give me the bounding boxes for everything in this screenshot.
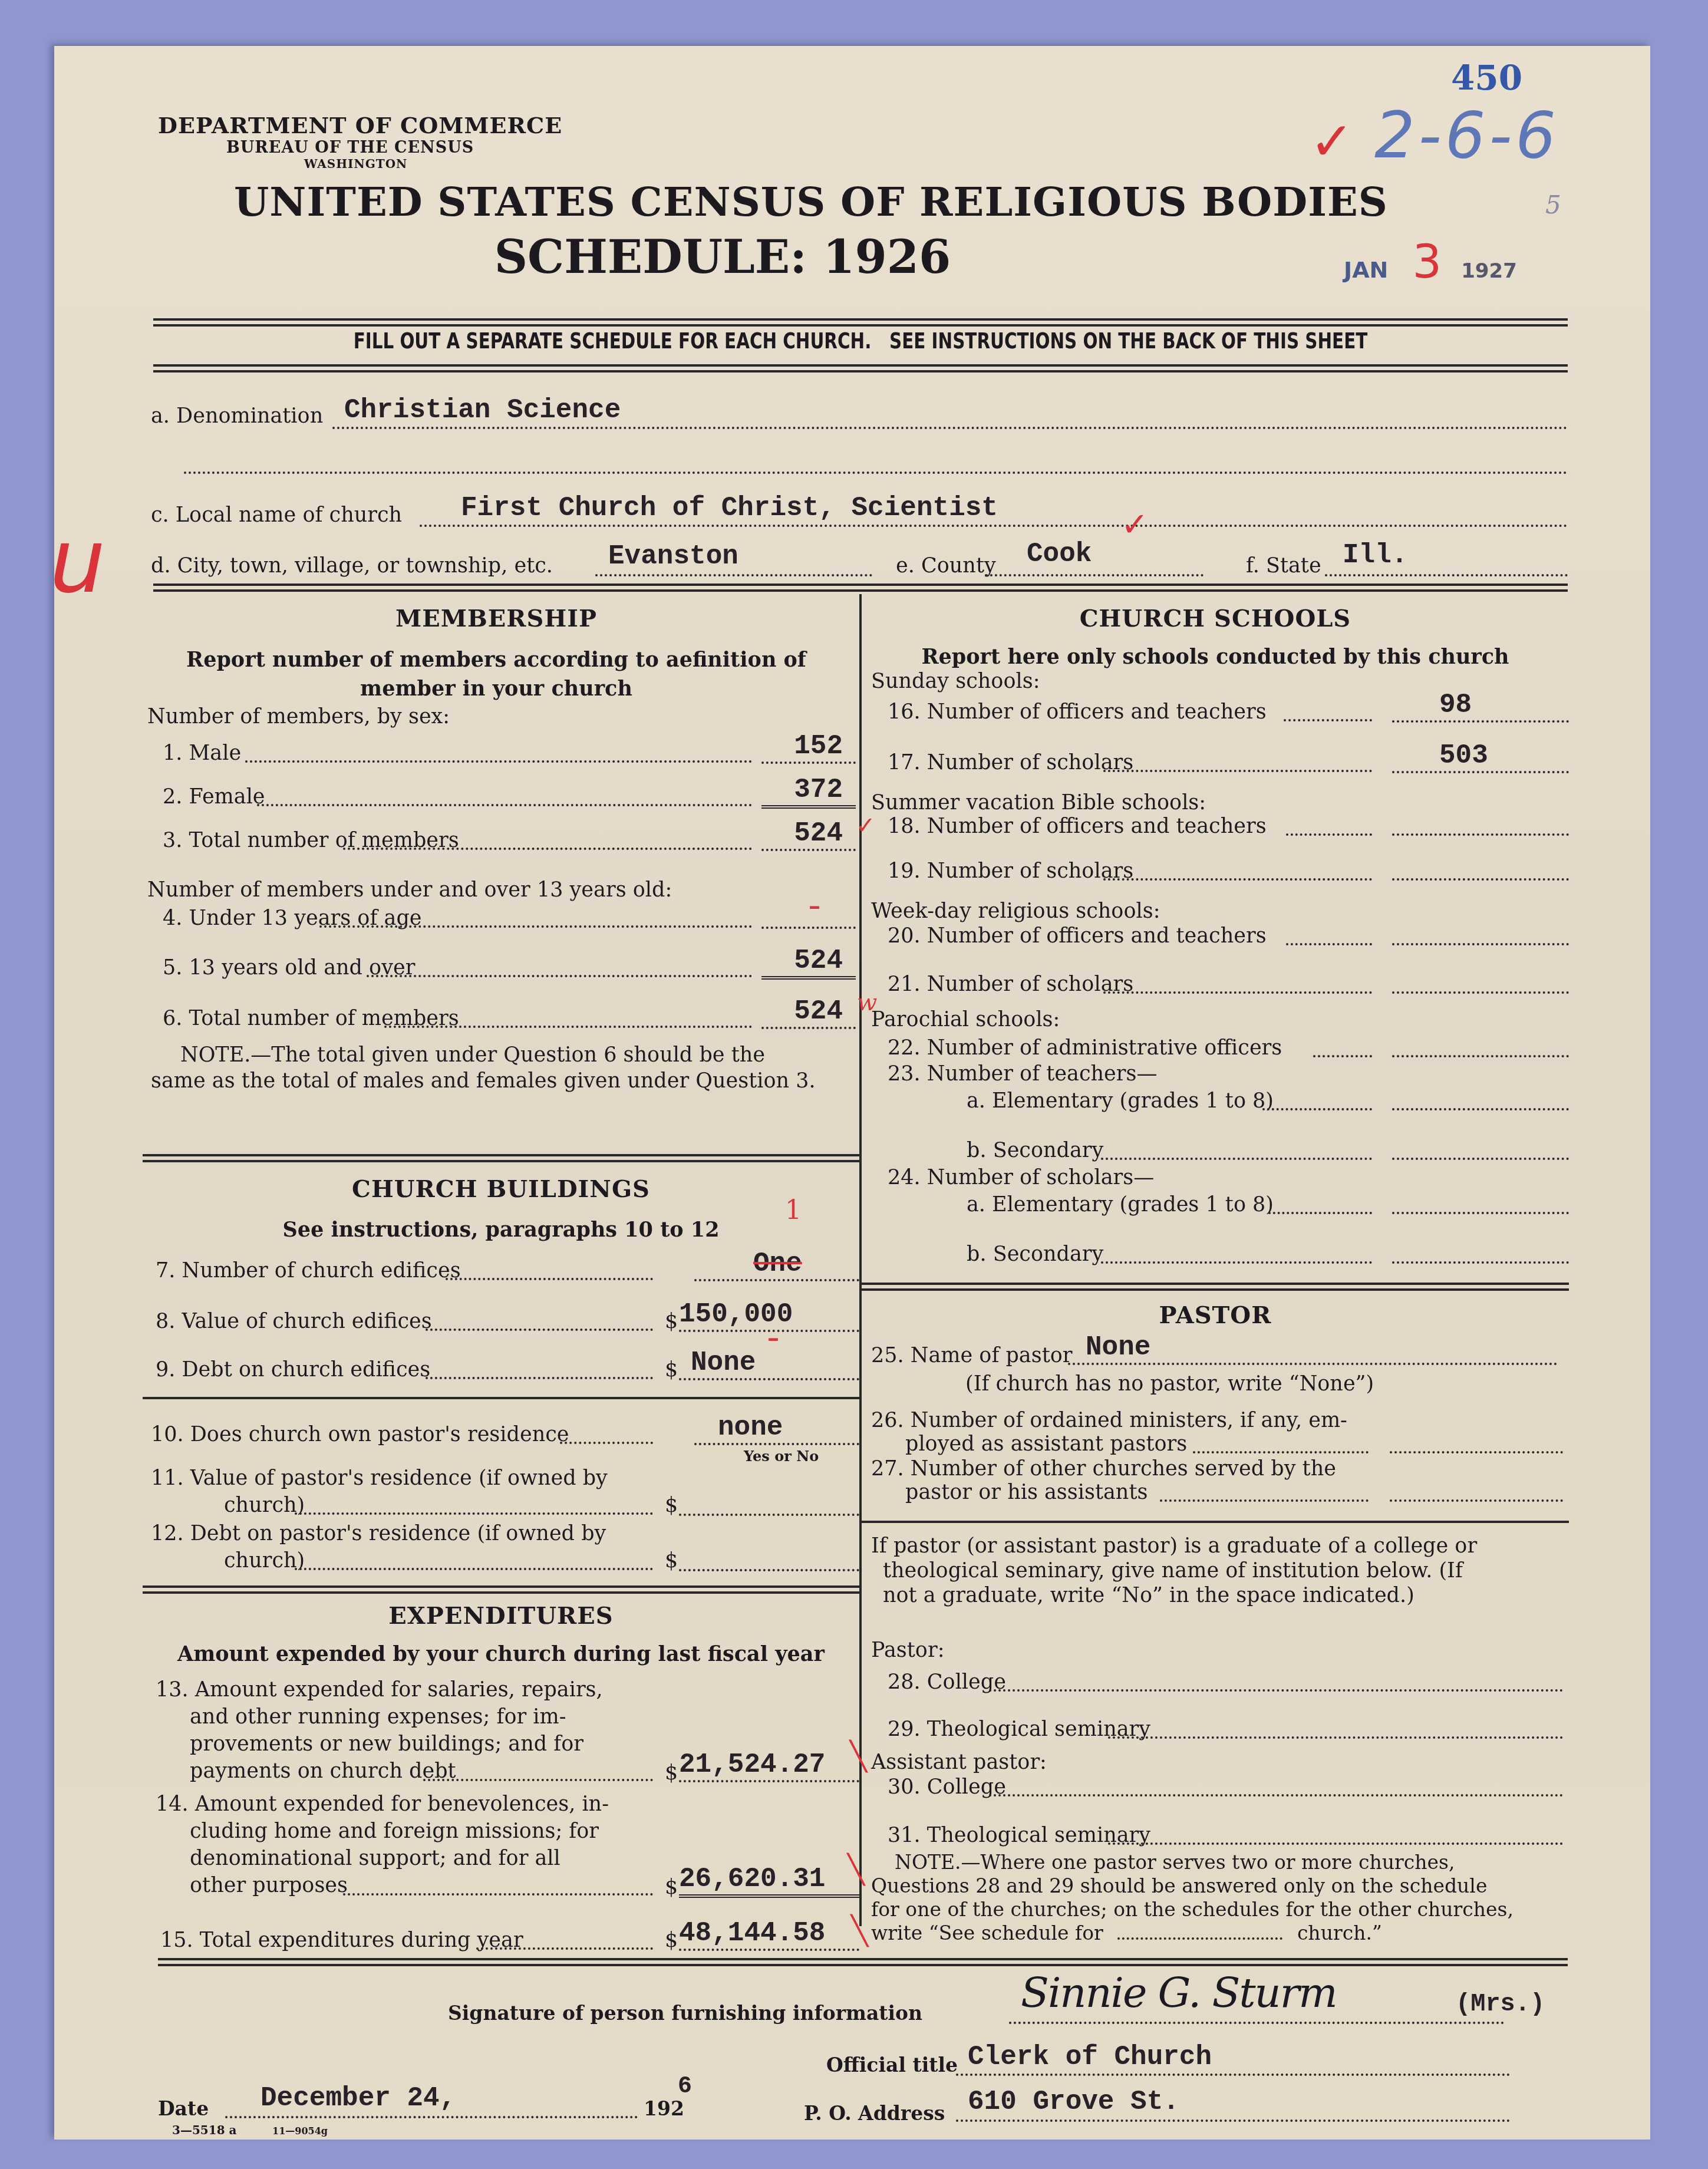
local-name-label: c. Local name of church <box>151 503 402 527</box>
buildings-subheading: See instructions, paragraphs 10 to 12 <box>143 1218 859 1242</box>
section-rule <box>153 584 1568 592</box>
q29-seminary-field[interactable] <box>1108 1736 1563 1739</box>
edifices-debt-value: None <box>691 1347 756 1378</box>
stamp-month: JAN <box>1344 257 1388 283</box>
note-line-2: same as the total of males and females g… <box>151 1068 856 1094</box>
pastor-sub-label: Pastor: <box>871 1639 944 1662</box>
agency-city: WASHINGTON <box>304 157 629 171</box>
instruction-line: theological seminary, give name of insti… <box>871 1558 1564 1583</box>
q28-college-label: 28. College <box>888 1670 1006 1694</box>
age-13-over-field[interactable]: 524 <box>761 950 856 980</box>
city-value: Evanston <box>608 541 738 572</box>
other-churches-field[interactable] <box>1390 1499 1563 1502</box>
section-rule <box>143 1154 859 1162</box>
leader-dots <box>343 848 752 850</box>
date-year-prefix: 192 <box>644 2097 684 2120</box>
state-label: f. State <box>1246 554 1321 578</box>
weekday-schools-label: Week-day religious schools: <box>871 899 1160 923</box>
red-dash-mark: – <box>767 1324 779 1351</box>
leader-dots <box>426 1329 653 1331</box>
denomination-continuation-line[interactable] <box>184 472 1568 474</box>
state-value: Ill. <box>1343 540 1407 571</box>
section-rule <box>158 1958 1568 1966</box>
instruction-line: If pastor (or assistant pastor) is a gra… <box>871 1534 1564 1558</box>
male-count-field[interactable]: 152 <box>761 736 856 764</box>
form-title: UNITED STATES CENSUS OF RELIGIOUS BODIES <box>0 179 1650 226</box>
female-count-field[interactable]: 372 <box>761 779 856 809</box>
stamp-year: 1927 <box>1461 259 1517 283</box>
check-mark-icon: ✓ <box>1310 111 1354 173</box>
membership-subheading: Report number of members according to ae… <box>143 648 850 672</box>
membership-note: NOTE.—The total given under Question 6 s… <box>151 1042 856 1094</box>
school-item-23a-label: a. Elementary (grades 1 to 8) <box>967 1089 1274 1113</box>
school-item-17-value: 503 <box>1439 740 1488 771</box>
date-year-suffix: 6 <box>678 2074 692 2100</box>
leader-dots <box>1313 1055 1372 1057</box>
q30-college-field[interactable] <box>989 1794 1563 1796</box>
edifices-count-value: One <box>753 1248 802 1279</box>
review-slash-mark: ╲ <box>850 1740 867 1773</box>
residence-debt-label: 12. Debt on pastor's residence (if owned… <box>151 1522 606 1545</box>
leader-dots <box>384 1026 752 1028</box>
print-number: 11—9054g <box>272 2125 328 2137</box>
male-count: 152 <box>794 731 843 762</box>
expense-14-field[interactable]: 26,620.31 <box>679 1866 859 1898</box>
membership-section: MEMBERSHIP Report number of members acco… <box>143 605 850 701</box>
label-line: and other running expenses; for im- <box>156 1703 603 1730</box>
see-schedule-blank[interactable] <box>1117 1937 1282 1940</box>
edifices-value-label: 8. Value of church edifices <box>156 1310 432 1333</box>
school-item-22-field[interactable] <box>1392 1055 1569 1057</box>
dollar-sign: $ <box>665 1310 678 1333</box>
edifices-count-label: 7. Number of church edifices <box>156 1259 461 1283</box>
total-members-6-count: 524 <box>794 996 843 1027</box>
edifices-debt-field[interactable]: None <box>679 1350 859 1380</box>
ordained-ministers-label: 26. Number of ordained ministers, if any… <box>871 1409 1347 1432</box>
expense-13-field[interactable]: 21,524.27 <box>679 1752 859 1782</box>
ordained-ministers-field[interactable] <box>1390 1451 1563 1453</box>
leader-dots <box>319 925 752 928</box>
school-item-23a-field[interactable] <box>1392 1108 1569 1110</box>
city-field[interactable]: Evanston <box>595 543 872 576</box>
label-line: 14. Amount expended for benevolences, in… <box>156 1791 609 1818</box>
po-address-value: 610 Grove St. <box>968 2086 1179 2117</box>
school-item-19-field[interactable] <box>1392 878 1569 881</box>
q31-seminary-field[interactable] <box>1108 1842 1563 1845</box>
label-line: provements or new buildings; and for <box>156 1730 603 1758</box>
expenditures-heading: EXPENDITURES <box>143 1602 859 1630</box>
school-item-16-field[interactable]: 98 <box>1392 692 1569 723</box>
leader-dots <box>1284 719 1372 721</box>
section-rule <box>862 1521 1569 1523</box>
margin-mark-u: u <box>50 517 105 606</box>
dollar-sign: $ <box>665 1761 678 1785</box>
date-label: Date <box>158 2097 209 2120</box>
assistant-pastor-label: Assistant pastor: <box>871 1751 1047 1774</box>
graduate-instructions: If pastor (or assistant pastor) is a gra… <box>871 1534 1564 1608</box>
school-item-24a-label: a. Elementary (grades 1 to 8) <box>967 1193 1274 1217</box>
dollar-sign: $ <box>665 1875 678 1899</box>
leader-dots <box>1101 1158 1372 1160</box>
review-slash-mark: ╲ <box>848 1853 865 1886</box>
leader-dots <box>367 975 752 977</box>
pastor-name-field[interactable]: None <box>1068 1334 1557 1365</box>
stamp-day-handwritten: 3 <box>1412 236 1442 289</box>
expense-14-label: 14. Amount expended for benevolences, in… <box>156 1791 609 1899</box>
leader-dots <box>1268 1212 1372 1214</box>
leader-dots <box>426 1377 653 1379</box>
school-item-18-label: 18. Number of officers and teachers <box>888 815 1267 838</box>
members-by-age-label: Number of members under and over 13 year… <box>147 878 672 902</box>
signature-suffix: (Mrs.) <box>1456 1990 1545 2018</box>
received-date-stamp: JAN 3 1927 <box>1344 236 1517 289</box>
residence-value-label-2: church) <box>224 1494 305 1517</box>
school-item-20-field[interactable] <box>1392 943 1569 945</box>
bureau-name: BUREAU OF THE CENSUS <box>226 139 629 157</box>
residence-owned-label: 10. Does church own pastor's residence <box>151 1423 569 1446</box>
county-label: e. County <box>896 554 996 578</box>
leader-dots <box>295 1568 653 1570</box>
edifices-count-field[interactable]: One <box>694 1252 859 1281</box>
expense-13-label: 13. Amount expended for salaries, repair… <box>156 1676 603 1785</box>
leader-dots <box>1193 1451 1369 1453</box>
school-item-24b-label: b. Secondary <box>967 1242 1103 1266</box>
file-number-stamp: 450 <box>1451 58 1522 98</box>
total-members-field[interactable]: 524 <box>761 823 856 851</box>
local-name-field[interactable]: First Church of Christ, Scientist <box>420 494 1568 527</box>
members-by-sex-label: Number of members, by sex: <box>147 705 450 729</box>
schools-subheading: Report here only schools conducted by th… <box>862 645 1569 669</box>
dollar-sign: $ <box>665 1549 678 1573</box>
male-label: 1. Male <box>163 741 241 765</box>
county-value: Cook <box>1027 539 1092 569</box>
leader-dots <box>257 804 752 806</box>
school-item-24-label: 24. Number of scholars— <box>888 1166 1154 1189</box>
leader-dots <box>295 1512 653 1515</box>
school-item-20-label: 20. Number of officers and teachers <box>888 924 1267 948</box>
school-item-16-value: 98 <box>1439 690 1472 720</box>
label-line: 13. Amount expended for salaries, repair… <box>156 1676 603 1703</box>
leader-dots <box>560 1442 653 1444</box>
school-item-19-label: 19. Number of scholars <box>888 859 1133 883</box>
membership-heading: MEMBERSHIP <box>143 605 850 632</box>
leader-dots <box>1286 943 1372 945</box>
instruction-line: not a graduate, write “No” in the space … <box>871 1583 1564 1608</box>
signature-value: Sinnie G. Sturm <box>1021 1969 1337 2017</box>
ordained-ministers-label-2: ployed as assistant pastors <box>905 1432 1187 1456</box>
leader-dots <box>1103 770 1372 772</box>
expense-15-label: 15. Total expenditures during year <box>160 1929 523 1952</box>
leader-dots <box>423 1779 653 1781</box>
census-schedule-page: DEPARTMENT OF COMMERCE BUREAU OF THE CEN… <box>54 46 1650 2140</box>
label-line: denominational support; and for all <box>156 1845 609 1872</box>
issuing-agency: DEPARTMENT OF COMMERCE BUREAU OF THE CEN… <box>158 112 629 171</box>
label-line: cluding home and foreign missions; for <box>156 1818 609 1845</box>
female-count: 372 <box>794 774 843 805</box>
signature-label: Signature of person furnishing informati… <box>448 2002 922 2025</box>
banner-rule-bottom <box>153 364 1568 373</box>
parochial-schools-label: Parochial schools: <box>871 1008 1060 1031</box>
handwritten-code: 2-6-6 <box>1374 99 1559 173</box>
section-rule <box>862 1283 1569 1291</box>
under-13-value: – <box>809 892 820 919</box>
check-mark-icon: ✓ <box>856 812 876 839</box>
school-item-21-label: 21. Number of scholars <box>888 973 1133 996</box>
q28-college-field[interactable] <box>989 1689 1563 1692</box>
leader-dots <box>476 1947 653 1950</box>
pastor-heading: PASTOR <box>862 1301 1569 1329</box>
dollar-sign: $ <box>665 1494 678 1517</box>
leader-dots <box>1262 1108 1372 1110</box>
county-field[interactable]: Cook <box>985 543 1203 576</box>
instruction-banner: FILL OUT A SEPARATE SCHEDULE FOR EACH CH… <box>252 328 1469 354</box>
other-churches-label: 27. Number of other churches served by t… <box>871 1457 1336 1481</box>
review-slash-mark: ╲ <box>851 1914 868 1947</box>
total-members-6-field[interactable]: 524 <box>761 1001 856 1029</box>
note-line: NOTE.—Where one pastor serves two or mor… <box>871 1851 1564 1874</box>
state-field[interactable]: Ill. <box>1325 543 1568 576</box>
sunday-schools-label: Sunday schools: <box>871 670 1040 693</box>
school-item-23b-field[interactable] <box>1392 1158 1569 1160</box>
expense-14-amount: 26,620.31 <box>679 1864 825 1894</box>
leader-dots <box>343 1893 653 1896</box>
leader-dots <box>446 1278 653 1280</box>
under-13-field[interactable]: – <box>761 901 856 929</box>
school-item-23-label: 23. Number of teachers— <box>888 1062 1157 1086</box>
female-label: 2. Female <box>163 785 265 809</box>
check-mark-icon: ✓ <box>1121 506 1149 544</box>
note-line: for one of the churches; on the schedule… <box>871 1898 1564 1921</box>
buildings-heading: CHURCH BUILDINGS <box>143 1175 859 1203</box>
leader-dots <box>245 760 752 763</box>
dollar-sign: $ <box>665 1929 678 1952</box>
residence-owned-value: none <box>718 1412 783 1443</box>
residence-value-field[interactable] <box>679 1486 859 1516</box>
denomination-value: Christian Science <box>344 395 621 426</box>
local-name-value: First Church of Christ, Scientist <box>461 493 998 523</box>
section-rule <box>143 1397 859 1399</box>
q30-college-label: 30. College <box>888 1775 1006 1799</box>
expense-13-amount: 21,524.27 <box>679 1749 825 1780</box>
leader-dots <box>1103 878 1372 881</box>
residence-debt-label-2: church) <box>224 1549 305 1573</box>
official-title-value: Clerk of Church <box>968 2042 1212 2072</box>
red-tally-mark: 1 <box>785 1195 802 1225</box>
school-item-22-label: 22. Number of administrative officers <box>888 1036 1282 1060</box>
department-name: DEPARTMENT OF COMMERCE <box>158 112 629 139</box>
school-item-16-label: 16. Number of officers and teachers <box>888 700 1267 724</box>
expense-15-amount: 48,144.58 <box>679 1918 825 1949</box>
note-line: write “See schedule for <box>871 1921 1103 1944</box>
leader-dots <box>1160 1499 1369 1502</box>
school-item-18-field[interactable] <box>1392 833 1569 836</box>
form-number: 3—5518 a <box>172 2123 237 2137</box>
edifices-debt-label: 9. Debt on church edifices <box>156 1358 430 1382</box>
note-line: church.” <box>1297 1921 1382 1944</box>
pastor-name-value: None <box>1086 1332 1150 1363</box>
expenditures-subheading: Amount expended by your church during la… <box>143 1642 859 1666</box>
denomination-label: a. Denomination <box>151 404 323 428</box>
school-item-17-field[interactable]: 503 <box>1392 741 1569 773</box>
dollar-sign: $ <box>665 1358 678 1382</box>
official-title-field[interactable]: Clerk of Church <box>956 2041 1510 2076</box>
expense-15-field[interactable]: 48,144.58 <box>679 1920 859 1951</box>
pastor-note: NOTE.—Where one pastor serves two or mor… <box>871 1851 1564 1945</box>
age-13-over-count: 524 <box>794 945 843 976</box>
date-field[interactable]: December 24, <box>225 2082 638 2118</box>
schools-heading: CHURCH SCHOOLS <box>862 605 1569 632</box>
summer-schools-label: Summer vacation Bible schools: <box>871 791 1206 815</box>
leader-dots <box>1103 991 1372 994</box>
school-item-24a-field[interactable] <box>1392 1212 1569 1214</box>
note-line: Questions 28 and 29 should be answered o… <box>871 1874 1564 1898</box>
school-item-21-field[interactable] <box>1392 991 1569 994</box>
pastor-name-label: 25. Name of pastor <box>871 1344 1073 1367</box>
section-rule <box>143 1585 859 1594</box>
residence-owned-field[interactable]: none <box>694 1415 859 1445</box>
column-divider <box>859 594 862 1926</box>
denomination-field[interactable]: Christian Science <box>332 396 1568 429</box>
po-address-label: P. O. Address <box>804 2102 945 2125</box>
school-item-17-label: 17. Number of scholars <box>888 751 1133 774</box>
school-item-23b-label: b. Secondary <box>967 1139 1103 1162</box>
residence-value-label: 11. Value of pastor's residence (if owne… <box>151 1466 608 1490</box>
pencil-note: 5 <box>1545 190 1561 219</box>
official-title-label: Official title <box>826 2053 958 2076</box>
date-value: December 24, <box>261 2083 456 2114</box>
other-churches-label-2: pastor or his assistants <box>905 1481 1148 1504</box>
pastor-name-hint: (If church has no pastor, write “None”) <box>965 1372 1374 1396</box>
school-item-24b-field[interactable] <box>1392 1261 1569 1264</box>
note-line-1: NOTE.—The total given under Question 6 s… <box>151 1042 856 1068</box>
residence-debt-field[interactable] <box>679 1542 859 1571</box>
leader-dots <box>1101 1261 1372 1264</box>
total-members-count: 524 <box>794 818 843 849</box>
membership-subheading-2: member in your church <box>143 677 850 701</box>
leader-dots <box>1286 833 1372 836</box>
banner-rule-top <box>153 318 1568 327</box>
po-address-field[interactable]: 610 Grove St. <box>956 2085 1510 2122</box>
yes-or-no-hint: Yes or No <box>744 1448 819 1465</box>
signature-field[interactable]: Sinnie G. Sturm <box>1009 1967 1504 2024</box>
city-label: d. City, town, village, or township, etc… <box>151 554 553 578</box>
